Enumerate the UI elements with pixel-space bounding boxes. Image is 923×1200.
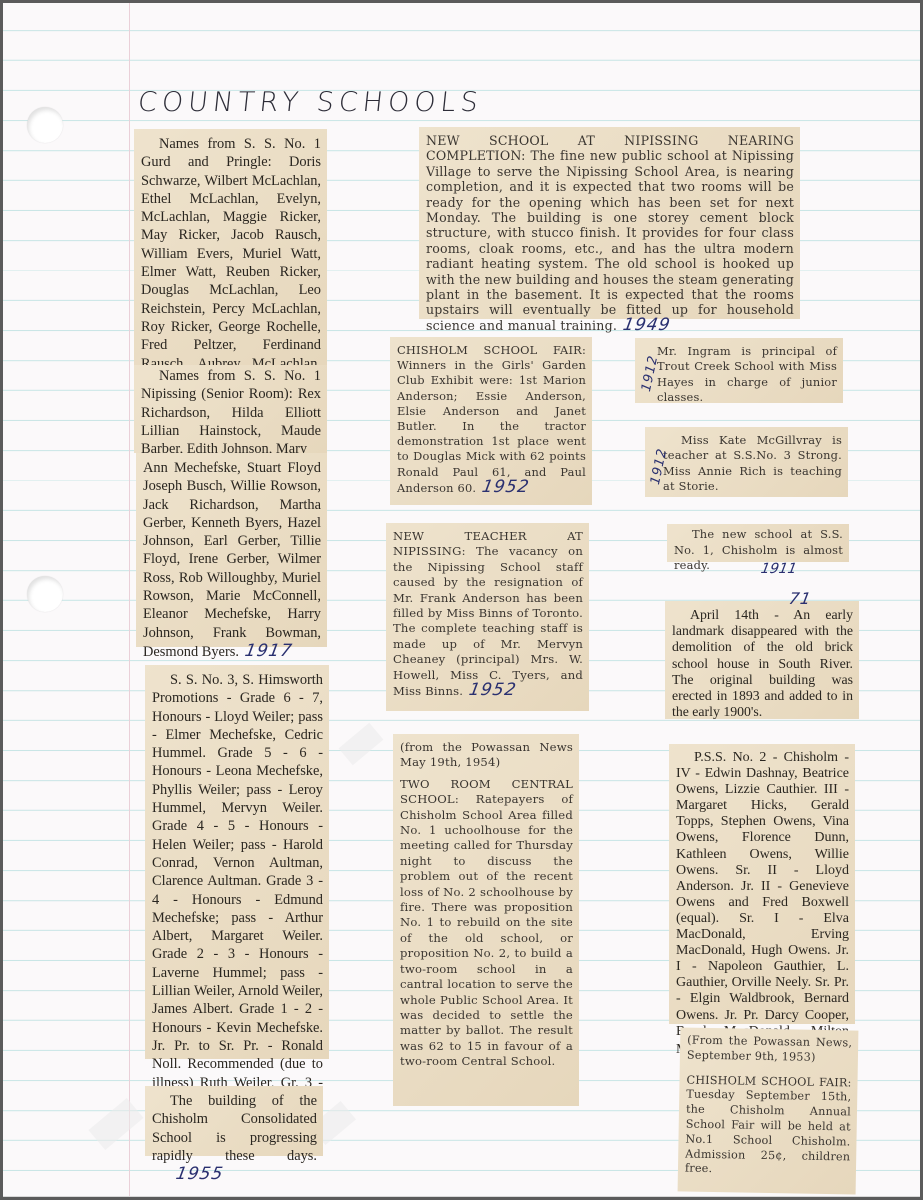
clipping-two-room-central: (from the Powassan News May 19th, 1954) … — [393, 734, 579, 1106]
clipping-south-river: April 14th - An early landmark disappear… — [665, 601, 859, 719]
clipping-text: CHISHOLM SCHOOL FAIR: Tuesday September … — [685, 1073, 852, 1179]
clipping-text: NEW SCHOOL AT NIPISSING NEARING COMPLETI… — [426, 133, 794, 333]
handwritten-year: 1949 — [622, 318, 672, 333]
clipping-new-teacher: NEW TEACHER AT NIPISSING: The vacancy on… — [386, 523, 589, 711]
handwritten-year: 1955 — [156, 1165, 224, 1183]
clipping-text: CHISHOLM SCHOOL FAIR: Winners in the Gir… — [397, 343, 586, 495]
clipping-source: (from the Powassan News May 19th, 1954) — [400, 740, 573, 771]
clipping-chisholm-fair-1952: CHISHOLM SCHOOL FAIR: Winners in the Gir… — [390, 337, 592, 505]
clipping-text: S. S. No. 3, S. Himsworth Promotions - G… — [152, 672, 323, 1127]
handwritten-year: 71 — [788, 591, 813, 607]
clipping-text: TWO ROOM CENTRAL SCHOOL: Ratepayers of C… — [400, 777, 573, 1070]
clipping-text: The building of the Chisholm Consolidate… — [152, 1093, 317, 1164]
clipping-text: Miss Kate McGillvray is teacher at S.S.N… — [663, 433, 842, 495]
handwritten-year: 1952 — [468, 683, 518, 698]
clipping-text: Ann Mechefske, Stuart Floyd Joseph Busch… — [143, 460, 321, 660]
clipping-source: (From the Powassan News, September 9th, … — [687, 1034, 852, 1066]
scrapbook-page: COUNTRY SCHOOLS Names from S. S. No. 1 G… — [3, 3, 920, 1197]
clipping-ss1-chisholm: The new school at S.S. No. 1, Chisholm i… — [667, 524, 849, 562]
clipping-gurd-pringle: Names from S. S. No. 1 Gurd and Pringle:… — [134, 129, 327, 365]
page-heading: COUNTRY SCHOOLS — [136, 87, 484, 118]
handwritten-year: 1917 — [243, 642, 293, 660]
page-edge — [3, 1196, 920, 1197]
clipping-text: P.S.S. No. 2 - Chisholm - IV - Edwin Das… — [676, 750, 849, 1057]
binder-hole-icon — [27, 107, 63, 143]
clipping-trout-creek: 1912 Mr. Ingram is principal of Trout Cr… — [635, 338, 843, 403]
clipping-text: The new school at S.S. No. 1, Chisholm i… — [674, 527, 843, 574]
handwritten-year: 1952 — [481, 480, 531, 495]
margin-line — [129, 3, 130, 1197]
clipping-nipissing-senior-2: Ann Mechefske, Stuart Floyd Joseph Busch… — [136, 453, 327, 647]
clipping-text: Names from S. S. No. 1 Nipissing (Senior… — [141, 367, 321, 458]
clipping-text: Names from S. S. No. 1 Gurd and Pringle:… — [141, 136, 321, 391]
clipping-text: NEW TEACHER AT NIPISSING: The vacancy on… — [393, 529, 583, 698]
clipping-text: April 14th - An early landmark disappear… — [672, 607, 853, 719]
clipping-text: Mr. Ingram is principal of Trout Creek S… — [657, 344, 837, 406]
clipping-chisholm-consolidated: The building of the Chisholm Consolidate… — [145, 1086, 323, 1156]
binder-hole-icon — [27, 576, 63, 612]
handwritten-year: 1911 — [760, 561, 798, 577]
clipping-chisholm-fair-1953: (From the Powassan News, September 9th, … — [678, 1027, 859, 1194]
clipping-pss2-chisholm: P.S.S. No. 2 - Chisholm - IV - Edwin Das… — [669, 744, 855, 1024]
clipping-himsworth: S. S. No. 3, S. Himsworth Promotions - G… — [145, 665, 329, 1059]
clipping-nipissing-senior-1: Names from S. S. No. 1 Nipissing (Senior… — [134, 365, 327, 453]
clipping-strong-storie: 1912 Miss Kate McGillvray is teacher at … — [645, 427, 848, 497]
clipping-nipissing-new-school: NEW SCHOOL AT NIPISSING NEARING COMPLETI… — [419, 127, 800, 319]
